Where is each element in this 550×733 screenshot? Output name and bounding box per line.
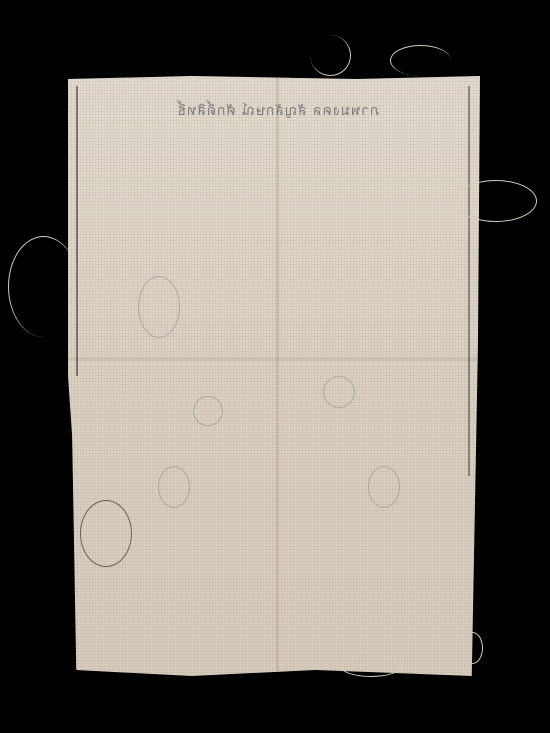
loose-thread xyxy=(80,500,132,567)
yantra-motif xyxy=(138,276,180,338)
loose-thread xyxy=(8,236,79,337)
mirrored-inscription: ภาพมงคล สัญลักษณ์ ศักดิ์สิทธิ์ xyxy=(138,100,418,122)
cloth: ภาพมงคล สัญลักษณ์ ศักดิ์สิทธิ์ xyxy=(68,76,480,676)
loose-thread xyxy=(455,180,537,222)
loose-thread xyxy=(462,632,483,664)
yantra-motif xyxy=(158,466,190,508)
right-ink-border xyxy=(468,86,470,476)
loose-thread xyxy=(390,45,451,76)
yantra-motif xyxy=(193,396,223,426)
yantra-motif xyxy=(323,376,355,408)
yantra-motif xyxy=(368,466,400,508)
loose-thread xyxy=(310,35,351,76)
vertical-fold xyxy=(276,76,279,676)
horizontal-fold xyxy=(68,358,480,364)
loose-thread xyxy=(340,655,402,677)
left-ink-border xyxy=(76,86,78,376)
